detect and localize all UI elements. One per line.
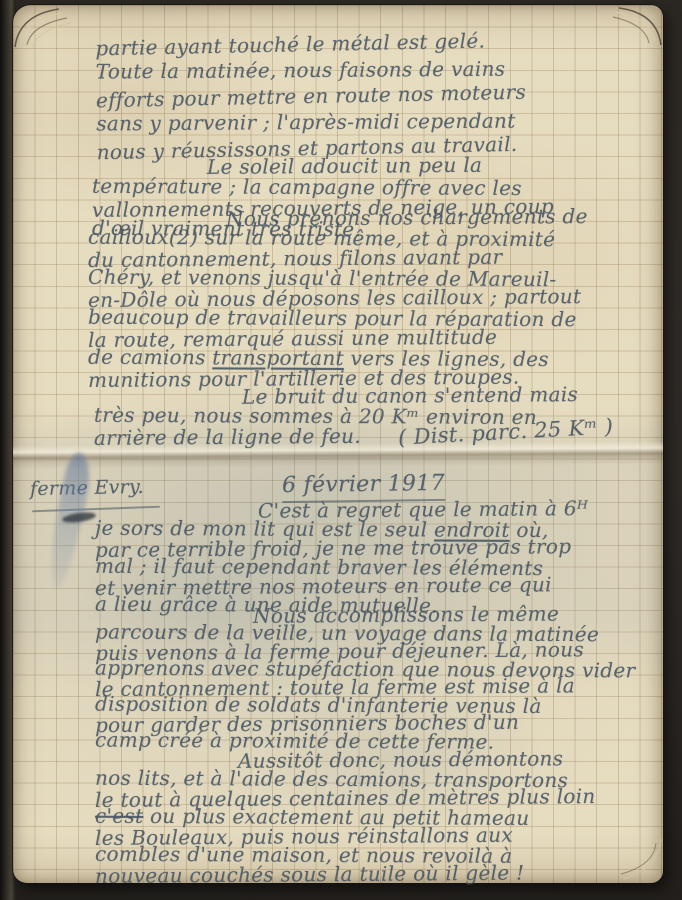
notebook-scan: partie ayant touché le métal est gelé.To… bbox=[0, 0, 682, 900]
paragraph-continuation-1: partie ayant touché le métal est gelé.To… bbox=[95, 28, 527, 163]
handwriting-line: nouveau couchés sous la tuile où il gèle… bbox=[95, 863, 596, 886]
paragraph-entry-2: Nous accomplissons le mêmeparcours de la… bbox=[95, 606, 635, 750]
paragraph-entry-1: C'est à regret que le matin à 6ᴴje sors … bbox=[95, 501, 588, 615]
paragraph-entry-3: Aussitôt donc, nous démontonsnos lits, e… bbox=[95, 751, 596, 884]
paragraph-continuation-3: Nous prenons nos chargements decailloux(… bbox=[88, 208, 588, 388]
